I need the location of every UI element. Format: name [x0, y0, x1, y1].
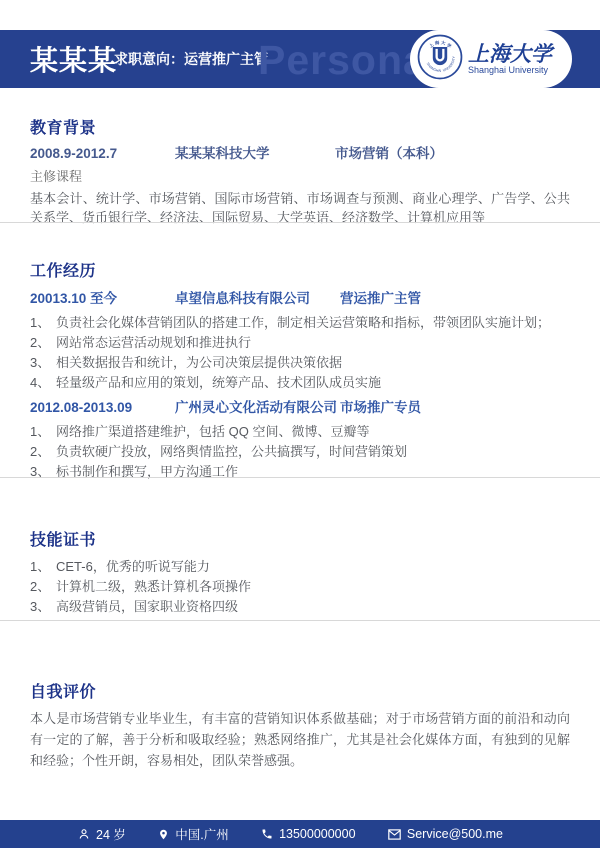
education-school: 某某某科技大学 — [175, 145, 335, 162]
list-item: 3、相关数据报告和统计，为公司决策层提供决策依据 — [30, 353, 570, 373]
job-intention-label: 求职意向： — [114, 51, 184, 67]
job-intention: 求职意向：运营推广主管 — [114, 49, 268, 69]
list-item: 1、负责社会化媒体营销团队的搭建工作，制定相关运营策略和指标，带领团队实施计划； — [30, 313, 570, 333]
job-period: 2012.08-2013.09 — [30, 399, 175, 416]
job-company: 广州灵心文化活动有限公司 — [175, 399, 340, 416]
section-education: 教育背景 2008.9-2012.7 某某某科技大学 市场营销（本科） 主修课程… — [30, 119, 570, 227]
job-role: 市场推广专员 — [340, 399, 421, 416]
job-intention-value: 运营推广主管 — [184, 51, 268, 67]
work-title: 工作经历 — [30, 262, 570, 282]
self-evaluation-text: 本人是市场营销专业毕业生，有丰富的营销知识体系做基础；对于市场营销方面的前沿和动… — [30, 708, 570, 771]
list-item: 3、高级营销员，国家职业资格四级 — [30, 597, 570, 617]
education-major: 市场营销（本科） — [335, 145, 443, 162]
job-duties-list: 1、负责社会化媒体营销团队的搭建工作，制定相关运营策略和指标，带领团队实施计划；… — [30, 313, 570, 393]
section-skills: 技能证书 1、CET-6，优秀的听说写能力2、计算机二级，熟悉计算机各项操作3、… — [30, 531, 570, 617]
education-title: 教育背景 — [30, 119, 570, 139]
phone-icon — [261, 828, 273, 840]
education-period: 2008.9-2012.7 — [30, 145, 175, 162]
skills-title: 技能证书 — [30, 531, 570, 551]
university-emblem-icon: 上 海 大 学 SHANGHAI UNIVERSITY — [417, 34, 463, 85]
list-item: 2、网站常态运营活动规划和推进执行 — [30, 333, 570, 353]
list-item: 1、CET-6，优秀的听说写能力 — [30, 557, 570, 577]
university-name-en: Shanghai University — [468, 65, 552, 76]
list-item: 4、轻量级产品和应用的策划，统筹产品、技术团队成员实施 — [30, 373, 570, 393]
footer-phone: 13500000000 — [261, 827, 355, 841]
list-item: 2、负责软硬广投放，网络舆情监控，公共搞撰写，时间营销策划 — [30, 442, 570, 462]
skills-list: 1、CET-6，优秀的听说写能力2、计算机二级，熟悉计算机各项操作3、高级营销员… — [30, 557, 570, 617]
footer-age-text: 24 岁 — [96, 825, 126, 843]
header-bar: 某某某 求职意向：运营推广主管 Personal 上 海 大 学 SHANGHA… — [0, 30, 600, 88]
person-icon — [78, 828, 90, 840]
section-self-evaluation: 自我评价 本人是市场营销专业毕业生，有丰富的营销知识体系做基础；对于市场营销方面… — [30, 683, 570, 771]
job-period: 20013.10 至今 — [30, 290, 175, 307]
list-item: 2、计算机二级，熟悉计算机各项操作 — [30, 577, 570, 597]
envelope-icon — [388, 829, 401, 840]
university-name-cn: 上海大学 — [468, 43, 552, 65]
university-badge: 上 海 大 学 SHANGHAI UNIVERSITY 上海大学 Shangha… — [410, 30, 572, 88]
section-divider — [0, 477, 600, 478]
footer-bar: 24 岁 中国.广州 13500000000 Service@500.me — [0, 820, 600, 848]
section-divider — [0, 222, 600, 223]
education-row: 2008.9-2012.7 某某某科技大学 市场营销（本科） — [30, 145, 570, 162]
courses-label: 主修课程 — [30, 169, 570, 185]
job-role: 营运推广主管 — [340, 290, 421, 307]
section-work: 工作经历 20013.10 至今 卓望信息科技有限公司 营运推广主管 1、负责社… — [30, 262, 570, 482]
job-row: 2012.08-2013.09 广州灵心文化活动有限公司 市场推广专员 — [30, 399, 570, 416]
footer-contact-row: 24 岁 中国.广州 13500000000 Service@500.me — [0, 825, 600, 843]
section-divider — [0, 620, 600, 621]
job-company: 卓望信息科技有限公司 — [175, 290, 340, 307]
candidate-name: 某某某 — [30, 39, 117, 79]
self-evaluation-title: 自我评价 — [30, 683, 570, 703]
footer-email: Service@500.me — [388, 827, 503, 841]
job-row: 20013.10 至今 卓望信息科技有限公司 营运推广主管 — [30, 290, 570, 307]
footer-phone-text: 13500000000 — [279, 827, 355, 841]
location-pin-icon — [158, 828, 169, 841]
footer-location: 中国.广州 — [158, 825, 228, 843]
footer-location-text: 中国.广州 — [175, 825, 228, 843]
list-item: 1、网络推广渠道搭建维护，包括 QQ 空间、微博、豆瓣等 — [30, 422, 570, 442]
job-duties-list: 1、网络推广渠道搭建维护，包括 QQ 空间、微博、豆瓣等2、负责软硬广投放，网络… — [30, 422, 570, 482]
footer-age: 24 岁 — [78, 825, 126, 843]
resume-page: 某某某 求职意向：运营推广主管 Personal 上 海 大 学 SHANGHA… — [0, 0, 600, 848]
university-name: 上海大学 Shanghai University — [468, 43, 552, 76]
footer-email-text: Service@500.me — [407, 827, 503, 841]
list-item: 3、标书制作和撰写，甲方沟通工作 — [30, 462, 570, 482]
